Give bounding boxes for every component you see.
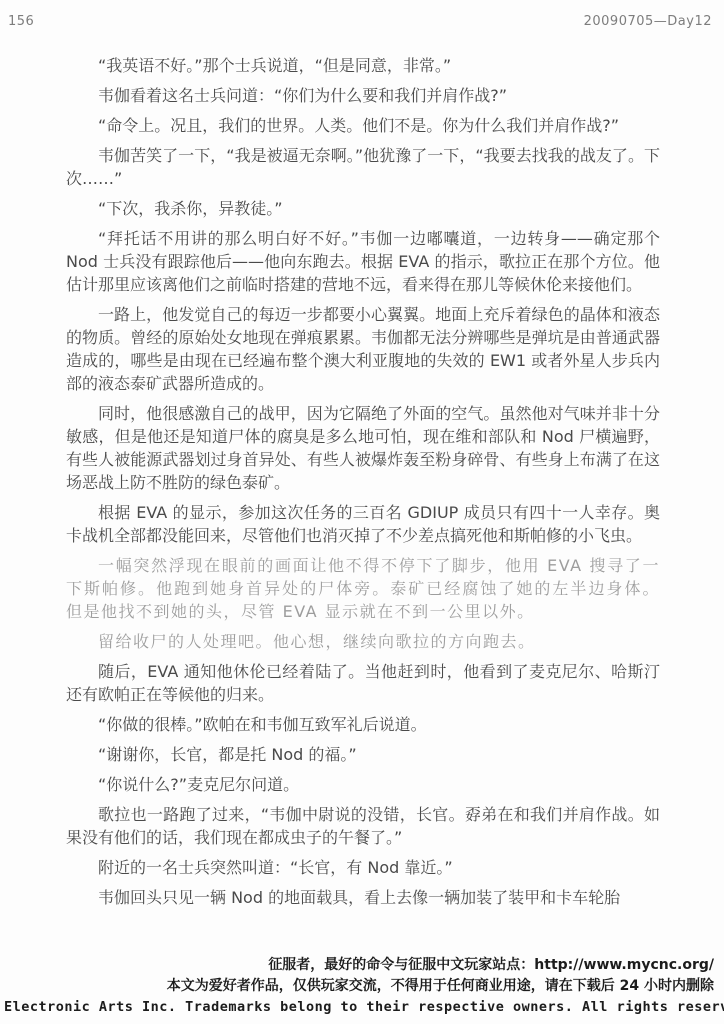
paragraph: 一幅突然浮现在眼前的画面让他不得不停下了脚步，他用 EVA 搜寻了一下斯帕修。他… xyxy=(66,554,660,623)
footer-disclaimer-line: 本文为爱好者作品，仅供玩家交流，不得用于任何商业用途，请在下载后 24 小时内删… xyxy=(4,976,714,997)
paragraph: 一路上，他发觉自己的每迈一步都要小心翼翼。地面上充斥着绿色的晶体和液态的物质。曾… xyxy=(66,303,660,395)
paragraph: “谢谢你，长官，都是托 Nod 的福。” xyxy=(66,743,660,766)
paragraph: “你做的很棒。”欧帕在和韦伽互致军礼后说道。 xyxy=(66,713,660,736)
footer-site-line: 征服者，最好的命令与征服中文玩家站点：http://www.mycnc.org/ xyxy=(4,955,714,976)
paragraph: “你说什么?”麦克尼尔问道。 xyxy=(66,773,660,796)
page-body: “我英语不好。”那个士兵说道，“但是同意，非常。”韦伽看着这名士兵问道：“你们为… xyxy=(66,54,660,916)
page-footer: 征服者，最好的命令与征服中文玩家站点：http://www.mycnc.org/… xyxy=(4,955,714,1018)
paragraph: 韦伽看着这名士兵问道：“你们为什么要和我们并肩作战?” xyxy=(66,84,660,107)
paragraph: “我英语不好。”那个士兵说道，“但是同意，非常。” xyxy=(66,54,660,77)
header-date: 20090705—Day12 xyxy=(584,14,712,29)
page-number: 156 xyxy=(8,14,34,29)
paragraph: 韦伽苦笑了一下，“我是被逼无奈啊。”他犹豫了一下，“我要去找我的战友了。下次……… xyxy=(66,144,660,190)
paragraph: “下次，我杀你，异教徒。” xyxy=(66,197,660,220)
paragraph: 歌拉也一路跑了过来，“韦伽中尉说的没错，长官。孬弟在和我们并肩作战。如果没有他们… xyxy=(66,803,660,849)
paragraph: 附近的一名士兵突然叫道：“长官，有 Nod 靠近。” xyxy=(66,856,660,879)
page-header: 156 20090705—Day12 xyxy=(8,14,712,29)
paragraph: 根据 EVA 的显示，参加这次任务的三百名 GDIUP 成员只有四十一人幸存。奥… xyxy=(66,501,660,547)
paragraph: 韦伽回头只见一辆 Nod 的地面载具，看上去像一辆加装了装甲和卡车轮胎 xyxy=(66,886,660,909)
paragraph: 随后，EVA 通知他休伦已经着陆了。当他赶到时，他看到了麦克尼尔、哈斯汀还有欧帕… xyxy=(66,660,660,706)
paragraph: “拜托话不用讲的那么明白好不好。”韦伽一边嘟囔道，一边转身——确定那个 Nod … xyxy=(66,227,660,296)
paragraph: “命令上。况且，我们的世界。人类。他们不是。你为什么我们并肩作战?” xyxy=(66,114,660,137)
document-page: 156 20090705—Day12 “我英语不好。”那个士兵说道，“但是同意，… xyxy=(0,0,724,1024)
paragraph: 留给收尸的人处理吧。他心想，继续向歌拉的方向跑去。 xyxy=(66,630,660,653)
paragraph: 同时，他很感激自己的战甲，因为它隔绝了外面的空气。虽然他对气味并非十分敏感，但是… xyxy=(66,402,660,494)
footer-copyright-line: Electronic Arts Inc. Trademarks belong t… xyxy=(4,997,714,1018)
